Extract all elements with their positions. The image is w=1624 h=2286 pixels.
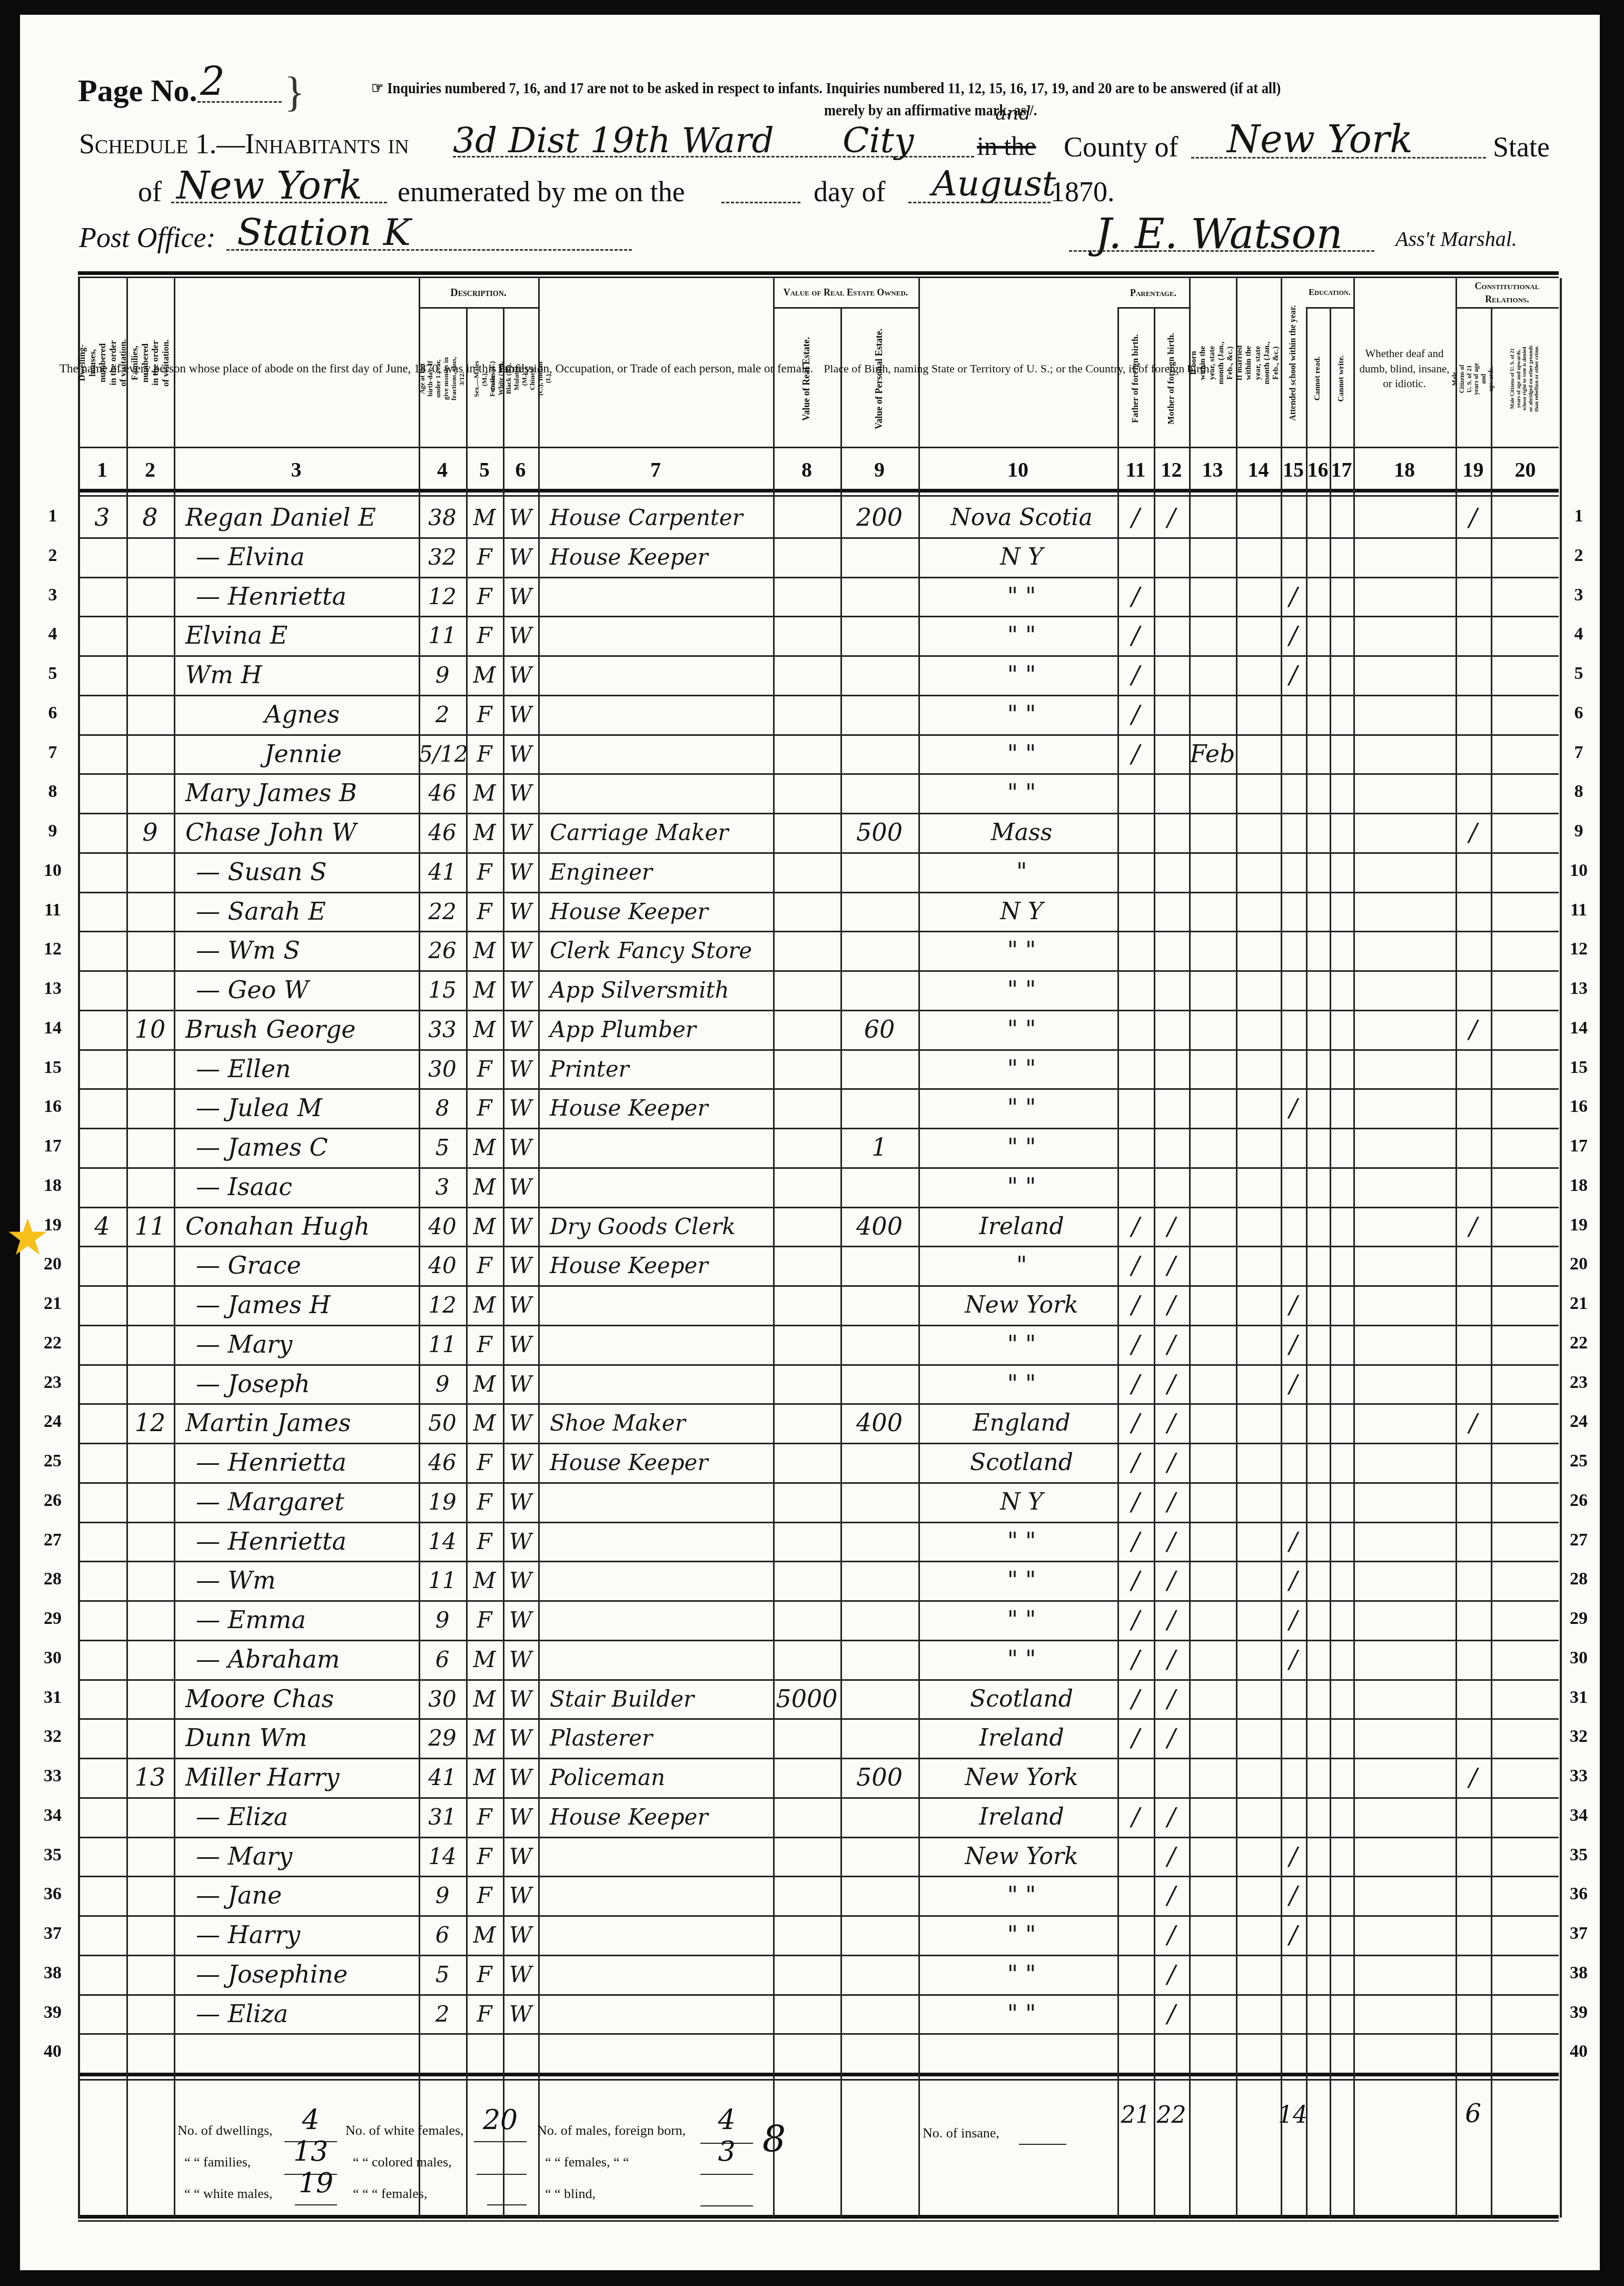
county-label: County of xyxy=(1064,131,1179,163)
line-number-left: 15 xyxy=(37,1058,68,1078)
cell-school: / xyxy=(1281,1600,1306,1640)
cell-father-foreign xyxy=(1117,1915,1154,1955)
city-insert: and xyxy=(995,103,1031,124)
line-number-left: 39 xyxy=(37,2003,68,2023)
cell-deaf-blind xyxy=(1353,734,1455,774)
cell-cannot-read xyxy=(1306,1246,1330,1285)
line-number-left: 40 xyxy=(37,2042,68,2062)
cell-born-month xyxy=(1189,813,1236,852)
cell-father-foreign xyxy=(1117,1955,1154,1994)
cell-real-estate xyxy=(773,734,840,774)
header-c13: If born within the year, state month (Ja… xyxy=(1189,279,1236,447)
cell-born-month xyxy=(1189,1758,1236,1797)
cell-birthplace: " " xyxy=(930,1915,1113,1955)
cell-school xyxy=(1281,734,1306,774)
cell-deaf-blind xyxy=(1353,813,1455,852)
cell-sex: F xyxy=(466,1049,503,1089)
cell-personal-estate xyxy=(840,892,918,931)
column-number: 14 xyxy=(1236,457,1281,489)
cell-family xyxy=(126,931,174,970)
city: City xyxy=(843,120,914,161)
cell-occupation xyxy=(550,1285,769,1325)
cell-cannot-read xyxy=(1306,1640,1330,1679)
cell-school xyxy=(1281,1679,1306,1719)
cell-mother-foreign: / xyxy=(1154,1994,1189,2034)
table-row[interactable]: 38Regan Daniel E38MWHouse Carpenter200No… xyxy=(78,498,1559,537)
cell-married-month xyxy=(1236,1797,1281,1837)
cell-born-month: Feb xyxy=(1189,734,1236,774)
cell-cannot-write xyxy=(1330,1246,1353,1285)
cell-birthplace: " xyxy=(930,852,1113,892)
table-row[interactable]: — Harry6MW" "// xyxy=(78,1915,1559,1955)
cell-color: W xyxy=(503,1088,538,1128)
cell-deaf-blind xyxy=(1353,1088,1455,1128)
cell-birthplace: " " xyxy=(930,1994,1113,2034)
cell-married-month xyxy=(1236,1522,1281,1561)
cell-cannot-read xyxy=(1306,813,1330,852)
cell-cannot-read xyxy=(1306,537,1330,577)
cell-color: W xyxy=(503,1285,538,1325)
cell-married-month xyxy=(1236,1955,1281,1994)
header-c6: Color.—White (W.), Black (B.), Mulatto (… xyxy=(503,311,538,447)
table-row[interactable]: Jennie5/12FW" "/Feb xyxy=(78,734,1559,774)
cell-birthplace: " " xyxy=(930,695,1113,734)
table-row[interactable]: — James H12MWNew York/// xyxy=(78,1285,1559,1325)
cell-family xyxy=(126,1285,174,1325)
line-number-right: 14 xyxy=(1563,1018,1595,1038)
table-row[interactable]: — Mary14FWNew York// xyxy=(78,1837,1559,1876)
cell-deaf-blind xyxy=(1353,931,1455,970)
cell-denied xyxy=(1491,1167,1560,1207)
table-row[interactable]: — Wm11MW" "/// xyxy=(78,1561,1559,1600)
cell-married-month xyxy=(1236,498,1281,537)
table-row[interactable]: — Eliza2FW" "/ xyxy=(78,1994,1559,2034)
cell-cannot-write xyxy=(1330,970,1353,1010)
page-number-line xyxy=(197,101,282,103)
cell-birthplace: " " xyxy=(930,1325,1113,1364)
cell-name: — Elvina xyxy=(185,537,425,577)
cell-color: W xyxy=(503,1403,538,1443)
cell-age: 9 xyxy=(419,655,466,695)
data-top-rule xyxy=(78,489,1559,492)
line-number-right: 10 xyxy=(1563,861,1595,881)
cell-occupation xyxy=(550,1994,769,2034)
cell-father-foreign xyxy=(1117,1758,1154,1797)
cell-family xyxy=(126,734,174,774)
line-number-right: 5 xyxy=(1563,664,1595,684)
cell-denied xyxy=(1491,1600,1560,1640)
white-females-line xyxy=(474,2141,527,2142)
cell-father-foreign: / xyxy=(1117,498,1154,537)
cell-personal-estate xyxy=(840,2033,918,2073)
cell-born-month xyxy=(1189,1049,1236,1089)
cell-dwelling xyxy=(78,1167,126,1207)
table-row[interactable]: — Joseph9MW" "/// xyxy=(78,1364,1559,1404)
cell-school: / xyxy=(1281,1837,1306,1876)
line-number-right: 8 xyxy=(1563,782,1595,802)
cell-family xyxy=(126,852,174,892)
cell-father-foreign: / xyxy=(1117,1285,1154,1325)
cell-real-estate xyxy=(773,1718,840,1758)
in-the-struck: in the xyxy=(977,131,1036,161)
table-row[interactable]: — Josephine5FW" "/ xyxy=(78,1955,1559,1994)
cell-mother-foreign: / xyxy=(1154,1403,1189,1443)
cell-family xyxy=(126,1167,174,1207)
cell-real-estate xyxy=(773,1600,840,1640)
cell-citizen: / xyxy=(1455,1758,1491,1797)
cell-family xyxy=(126,1955,174,1994)
summary-bottom-rule xyxy=(78,2215,1559,2219)
cell-mother-foreign xyxy=(1154,616,1189,655)
parentage-group-rule xyxy=(1117,307,1189,309)
table-row[interactable]: — Sarah E22FWHouse KeeperN Y xyxy=(78,892,1559,931)
cell-father-foreign xyxy=(1117,813,1154,852)
cell-mother-foreign xyxy=(1154,1049,1189,1089)
table-row[interactable]: Mary James B46MW" " xyxy=(78,773,1559,813)
cell-school: / xyxy=(1281,1561,1306,1600)
cell-color: W xyxy=(503,970,538,1010)
cell-birthplace xyxy=(930,2033,1113,2073)
cell-citizen: / xyxy=(1455,1207,1491,1246)
cell-father-foreign xyxy=(1117,1837,1154,1876)
cell-real-estate xyxy=(773,1522,840,1561)
table-row[interactable]: Moore Chas30MWStair Builder5000Scotland/… xyxy=(78,1679,1559,1719)
cell-denied xyxy=(1491,1994,1560,2034)
table-row[interactable]: — Henrietta12FW" "// xyxy=(78,577,1559,616)
cell-cannot-write xyxy=(1330,1088,1353,1128)
cell-cannot-write xyxy=(1330,616,1353,655)
cell-school: / xyxy=(1281,1364,1306,1404)
dwellings-label: No. of dwellings, xyxy=(177,2123,273,2139)
line-number-right: 16 xyxy=(1563,1097,1595,1117)
cell-sex: M xyxy=(466,1640,503,1679)
cell-age: 50 xyxy=(419,1403,466,1443)
cell-age: 29 xyxy=(419,1718,466,1758)
cell-personal-estate xyxy=(840,773,918,813)
table-row[interactable]: — Elvina32FWHouse KeeperN Y xyxy=(78,537,1559,577)
cell-family xyxy=(126,616,174,655)
cell-school xyxy=(1281,498,1306,537)
cell-cannot-write xyxy=(1330,2033,1353,2073)
cell-mother-foreign: / xyxy=(1154,1837,1189,1876)
cell-age: 6 xyxy=(419,1640,466,1679)
cell-father-foreign: / xyxy=(1117,695,1154,734)
line-number-right: 40 xyxy=(1563,2042,1595,2062)
cell-personal-estate xyxy=(840,695,918,734)
cell-deaf-blind xyxy=(1353,1994,1455,2034)
cell-mother-foreign: / xyxy=(1154,1522,1189,1561)
day-of-label: day of xyxy=(814,175,885,208)
cell-school: / xyxy=(1281,1640,1306,1679)
table-row[interactable]: 10Brush George33MWApp Plumber60" "/ xyxy=(78,1010,1559,1049)
highlight-star-icon[interactable] xyxy=(8,1217,47,1256)
table-row[interactable]: — Ellen30FWPrinter" " xyxy=(78,1049,1559,1089)
table-row[interactable]: Elvina E11FW" "// xyxy=(78,616,1559,655)
table-row[interactable]: — Henrietta14FW" "/// xyxy=(78,1522,1559,1561)
cell-deaf-blind xyxy=(1353,1325,1455,1364)
cell-mother-foreign xyxy=(1154,852,1189,892)
cell-personal-estate xyxy=(840,1561,918,1600)
cell-birthplace: England xyxy=(930,1403,1113,1443)
line-number-right: 37 xyxy=(1563,1924,1595,1944)
notice-line-1: ☞ Inquiries numbered 7, 16, and 17 are n… xyxy=(371,79,1281,97)
cell-name: — Wm xyxy=(185,1561,425,1600)
cell-school xyxy=(1281,537,1306,577)
table-row[interactable]: — Margaret19FWN Y// xyxy=(78,1482,1559,1522)
cell-married-month xyxy=(1236,852,1281,892)
cell-cannot-read xyxy=(1306,1403,1330,1443)
cell-name: — Susan S xyxy=(185,852,425,892)
cell-school: / xyxy=(1281,655,1306,695)
cell-married-month xyxy=(1236,1049,1281,1089)
cell-family xyxy=(126,1482,174,1522)
cell-citizen: / xyxy=(1455,1010,1491,1049)
cell-cannot-read xyxy=(1306,734,1330,774)
cell-color: W xyxy=(503,1915,538,1955)
cell-denied xyxy=(1491,1679,1560,1719)
cell-deaf-blind xyxy=(1353,1640,1455,1679)
post-office-line xyxy=(226,249,632,251)
cell-deaf-blind xyxy=(1353,1285,1455,1325)
blind-line xyxy=(700,2205,753,2206)
white-males-line xyxy=(295,2204,337,2205)
column-number: 18 xyxy=(1353,457,1455,489)
line-number-right: 15 xyxy=(1563,1058,1595,1078)
cell-deaf-blind xyxy=(1353,537,1455,577)
cell-personal-estate: 500 xyxy=(840,1758,918,1797)
cell-occupation xyxy=(550,1837,769,1876)
cell-married-month xyxy=(1236,970,1281,1010)
cell-dwelling xyxy=(78,1955,126,1994)
cell-name: — Mary xyxy=(185,1837,425,1876)
table-row[interactable]: — Susan S41FWEngineer" xyxy=(78,852,1559,892)
cell-cannot-write xyxy=(1330,734,1353,774)
description-group-rule xyxy=(419,307,538,309)
column-number: 9 xyxy=(840,457,918,489)
cell-occupation: App Plumber xyxy=(550,1010,769,1049)
cell-age: 6 xyxy=(419,1915,466,1955)
cell-sex: F xyxy=(466,616,503,655)
cell-birthplace: " " xyxy=(930,1561,1113,1600)
table-row[interactable]: 13Miller Harry41MWPoliceman500New York/ xyxy=(78,1758,1559,1797)
cell-father-foreign xyxy=(1117,931,1154,970)
cell-deaf-blind xyxy=(1353,1443,1455,1482)
enumerated-label: enumerated by me on the xyxy=(398,175,685,208)
cell-born-month xyxy=(1189,773,1236,813)
line-number-right: 20 xyxy=(1563,1254,1595,1274)
cell-married-month xyxy=(1236,1994,1281,2034)
cell-age: 8 xyxy=(419,1088,466,1128)
cell-personal-estate xyxy=(840,931,918,970)
cell-school: / xyxy=(1281,1088,1306,1128)
cell-name: Dunn Wm xyxy=(185,1718,414,1758)
cell-name: — Wm S xyxy=(185,931,425,970)
header-c15: Attended school within the year. xyxy=(1281,279,1306,447)
cell-married-month xyxy=(1236,1915,1281,1955)
table-row[interactable]: — Isaac3MW" " xyxy=(78,1167,1559,1207)
table-row[interactable]: 12Martin James50MWShoe Maker400England//… xyxy=(78,1403,1559,1443)
line-number-right: 23 xyxy=(1563,1373,1595,1393)
cell-name: Elvina E xyxy=(185,616,414,655)
cell-age: 14 xyxy=(419,1837,466,1876)
cell-sex: M xyxy=(466,1364,503,1404)
cell-cannot-read xyxy=(1306,1718,1330,1758)
table-row[interactable]: — Abraham6MW" "/// xyxy=(78,1640,1559,1679)
month-line xyxy=(908,202,1051,203)
line-number-left: 20 xyxy=(37,1254,68,1274)
cell-real-estate xyxy=(773,970,840,1010)
cell-birthplace: " " xyxy=(930,1955,1113,1994)
table-row[interactable]: — Jane9FW" "// xyxy=(78,1876,1559,1915)
cell-color: W xyxy=(503,813,538,852)
table-row[interactable]: — Emma9FW" "/// xyxy=(78,1600,1559,1640)
table-row[interactable]: — Mary11FW" "/// xyxy=(78,1325,1559,1364)
cell-family xyxy=(126,1915,174,1955)
cell-age: 46 xyxy=(419,1443,466,1482)
line-number-left: 6 xyxy=(37,703,68,723)
cell-father-foreign xyxy=(1117,1128,1154,1167)
table-row[interactable]: — James C5MW1" " xyxy=(78,1128,1559,1167)
table-row[interactable]: — Geo W15MWApp Silversmith" " xyxy=(78,970,1559,1010)
cell-family: 9 xyxy=(126,813,174,852)
line-number-right: 22 xyxy=(1563,1333,1595,1353)
cell-school: / xyxy=(1281,616,1306,655)
cell-cannot-write xyxy=(1330,1325,1353,1364)
cell-color: W xyxy=(503,1640,538,1679)
table-row[interactable]: Dunn Wm29MWPlastererIreland// xyxy=(78,1718,1559,1758)
table-row[interactable] xyxy=(78,2033,1559,2073)
cell-school xyxy=(1281,931,1306,970)
table-row[interactable]: — Julea M8FWHouse Keeper" "/ xyxy=(78,1088,1559,1128)
column-number: 5 xyxy=(466,457,503,489)
column-number: 4 xyxy=(419,457,466,489)
cell-occupation xyxy=(550,1482,769,1522)
cell-father-foreign: / xyxy=(1117,655,1154,695)
cell-dwelling: 3 xyxy=(78,498,126,537)
cell-age: 5 xyxy=(419,1128,466,1167)
line-number-right: 3 xyxy=(1563,585,1595,605)
cell-father-foreign xyxy=(1117,1088,1154,1128)
line-number-left: 9 xyxy=(37,821,68,841)
table-row[interactable]: 9Chase John W46MWCarriage Maker500Mass/ xyxy=(78,813,1559,852)
column-number: 1 xyxy=(78,457,126,489)
cell-mother-foreign xyxy=(1154,1167,1189,1207)
line-number-left: 33 xyxy=(37,1766,68,1786)
cell-sex: M xyxy=(466,813,503,852)
cell-sex xyxy=(466,2033,503,2073)
cell-deaf-blind xyxy=(1353,1561,1455,1600)
cell-father-foreign xyxy=(1117,537,1154,577)
cell-cannot-write xyxy=(1330,537,1353,577)
table-row[interactable]: — Wm S26MWClerk Fancy Store" " xyxy=(78,931,1559,970)
line-number-left: 7 xyxy=(37,743,68,763)
line-number-left: 31 xyxy=(37,1688,68,1708)
cell-cannot-write xyxy=(1330,1403,1353,1443)
line-number-left: 24 xyxy=(37,1412,68,1432)
cell-age: 40 xyxy=(419,1207,466,1246)
cell-family: 11 xyxy=(126,1207,174,1246)
column-number: 13 xyxy=(1189,457,1236,489)
cell-mother-foreign xyxy=(1154,655,1189,695)
cell-age: 9 xyxy=(419,1364,466,1404)
cell-name: Miller Harry xyxy=(185,1758,414,1797)
cell-name: Chase John W xyxy=(185,813,414,852)
line-number-left: 17 xyxy=(37,1136,68,1156)
cell-color: W xyxy=(503,734,538,774)
cell-denied xyxy=(1491,1443,1560,1482)
cell-dwelling xyxy=(78,734,126,774)
table-row[interactable]: Agnes2FW" "/ xyxy=(78,695,1559,734)
cell-cannot-write xyxy=(1330,1207,1353,1246)
cell-cannot-read xyxy=(1306,1797,1330,1837)
cell-birthplace: " " xyxy=(930,1167,1113,1207)
cell-cannot-read xyxy=(1306,1600,1330,1640)
cell-dwelling xyxy=(78,1128,126,1167)
cell-father-foreign: / xyxy=(1117,1325,1154,1364)
line-number-left: 11 xyxy=(37,900,68,920)
cell-dwelling xyxy=(78,970,126,1010)
cell-cannot-write xyxy=(1330,1128,1353,1167)
cell-cannot-write xyxy=(1330,1482,1353,1522)
table-row[interactable]: — Eliza31FWHouse KeeperIreland// xyxy=(78,1797,1559,1837)
cell-cannot-read xyxy=(1306,1128,1330,1167)
cell-age: 33 xyxy=(419,1010,466,1049)
table-row[interactable]: — Henrietta46FWHouse KeeperScotland// xyxy=(78,1443,1559,1482)
column-number: 17 xyxy=(1330,457,1353,489)
cell-cannot-read xyxy=(1306,970,1330,1010)
line-number-right: 7 xyxy=(1563,743,1595,763)
cell-real-estate xyxy=(773,655,840,695)
cell-sex: F xyxy=(466,852,503,892)
table-row[interactable]: Wm H9MW" "// xyxy=(78,655,1559,695)
cell-cannot-write xyxy=(1330,1994,1353,2034)
line-number-right: 31 xyxy=(1563,1688,1595,1708)
line-number-left: 13 xyxy=(37,979,68,999)
cell-family xyxy=(126,1876,174,1915)
cell-citizen xyxy=(1455,1364,1491,1404)
column-number: 7 xyxy=(538,457,773,489)
cell-real-estate xyxy=(773,1088,840,1128)
cell-married-month xyxy=(1236,1837,1281,1876)
cell-real-estate xyxy=(773,1364,840,1404)
cell-dwelling xyxy=(78,773,126,813)
cell-personal-estate xyxy=(840,1482,918,1522)
day-line xyxy=(721,202,800,203)
cell-citizen xyxy=(1455,1246,1491,1285)
table-row[interactable]: — Grace40FWHouse Keeper"// xyxy=(78,1246,1559,1285)
table-row-highlighted[interactable]: 411Conahan Hugh40MWDry Goods Clerk400Ire… xyxy=(78,1207,1559,1246)
cell-birthplace: " " xyxy=(930,734,1113,774)
cell-school: / xyxy=(1281,1325,1306,1364)
cell-dwelling xyxy=(78,695,126,734)
cell-name: — Isaac xyxy=(185,1167,425,1207)
cell-name: — Abraham xyxy=(185,1640,425,1679)
cell-mother-foreign: / xyxy=(1154,1364,1189,1404)
cell-sex: F xyxy=(466,1837,503,1876)
cell-age: 15 xyxy=(419,970,466,1010)
cell-personal-estate xyxy=(840,1718,918,1758)
cell-age: 14 xyxy=(419,1522,466,1561)
cell-deaf-blind xyxy=(1353,852,1455,892)
cell-dwelling xyxy=(78,1640,126,1679)
cell-occupation xyxy=(550,655,769,695)
cell-denied xyxy=(1491,1837,1560,1876)
cell-personal-estate xyxy=(840,577,918,616)
cell-occupation xyxy=(550,616,769,655)
cell-family xyxy=(126,537,174,577)
cell-school xyxy=(1281,1207,1306,1246)
group-description: Description. xyxy=(419,279,538,307)
